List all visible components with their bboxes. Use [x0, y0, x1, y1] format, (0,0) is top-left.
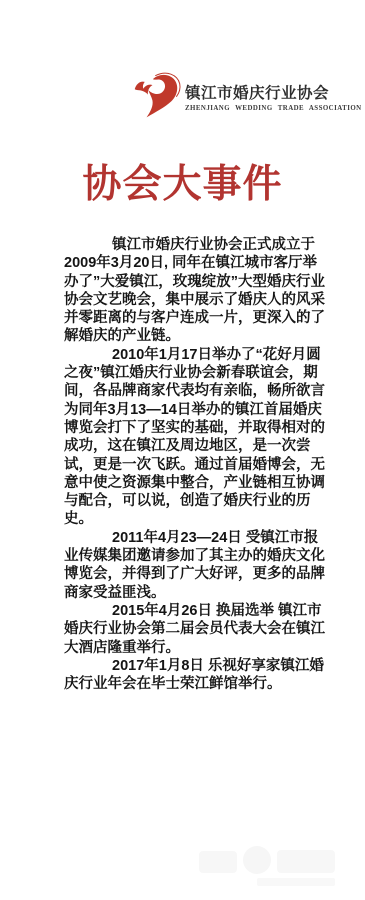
article-body: 镇江市婚庆行业协会正式成立于2009年3月20日, 同年在镇江城市客厅举办了”大…	[64, 236, 327, 693]
paragraph-2011-expo: 2011年4月23—24日 受镇江市报业传媒集团邀请参加了其主办的婚庆文化博览会…	[64, 529, 327, 602]
page-title: 协会大事件	[0, 163, 365, 208]
meipian-watermark	[199, 845, 337, 887]
association-logo: 镇江市婚庆行业协会 ZHENJIANG WEDDING TRADE ASSOCI…	[132, 70, 362, 122]
watermark-tagline	[257, 878, 335, 886]
watermark-glyph	[277, 850, 335, 873]
watermark-logo-circle	[243, 846, 271, 874]
paragraph-2017-annual: 2017年1月8日 乐视好享家镇江婚庆行业年会在毕士荣江鲜馆举行。	[64, 657, 327, 694]
paragraph-founding: 镇江市婚庆行业协会正式成立于2009年3月20日, 同年在镇江城市客厅举办了”大…	[64, 236, 327, 346]
article-page: 镇江市婚庆行业协会 ZHENJIANG WEDDING TRADE ASSOCI…	[0, 0, 365, 900]
paragraph-2015-election: 2015年4月26日 换届选举 镇江市婚庆行业协会第二届会员代表大会在镇江大酒店…	[64, 602, 327, 657]
logo-text: 镇江市婚庆行业协会 ZHENJIANG WEDDING TRADE ASSOCI…	[185, 81, 362, 112]
watermark-glyph	[199, 851, 237, 873]
paragraph-2010-expo: 2010年1月17日举办了“花好月圆之夜”镇江婚庆行业协会新春联谊会，期间，各品…	[64, 346, 327, 529]
logo-name-en: ZHENJIANG WEDDING TRADE ASSOCIATION	[185, 105, 362, 112]
heart-swoosh-icon	[132, 70, 182, 122]
logo-name-cn: 镇江市婚庆行业协会	[185, 81, 362, 103]
